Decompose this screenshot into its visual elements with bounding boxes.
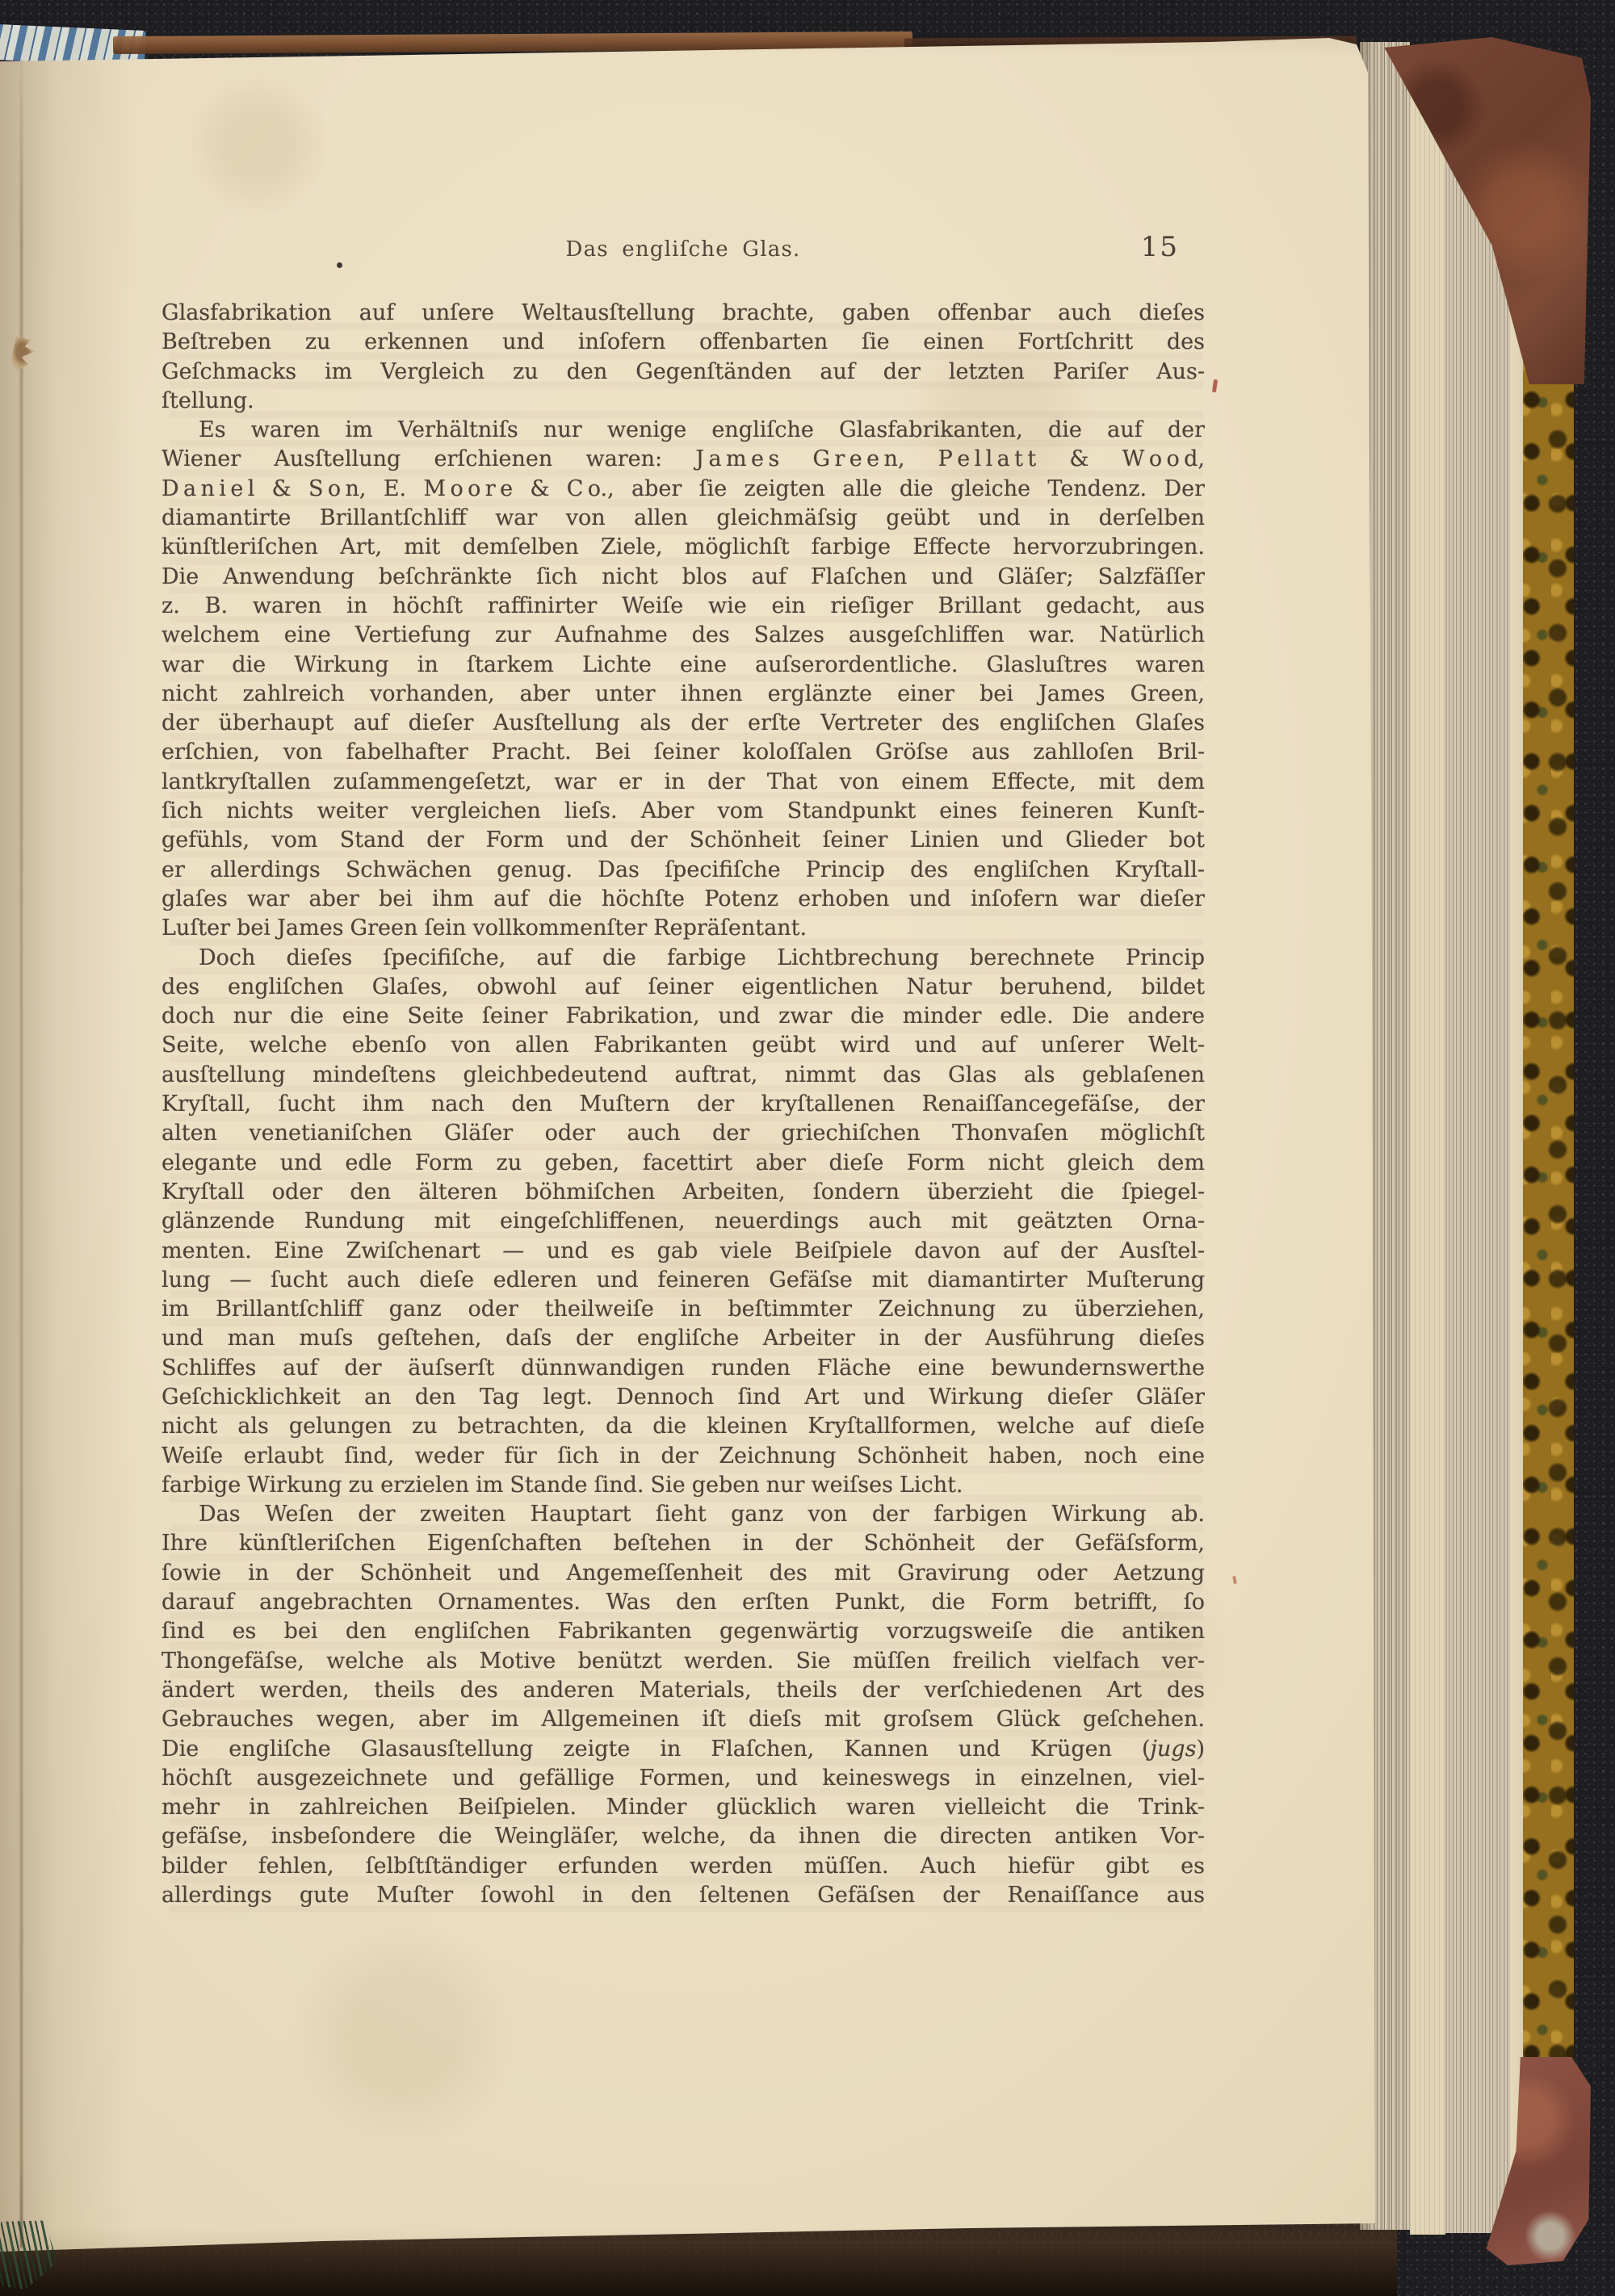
page-edges-band: [1510, 50, 1523, 2228]
text-line: glaſes war aber bei ihm auf die höchſte …: [161, 885, 1205, 914]
text-line: Glasfabrikation auf unſere Weltausſtellu…: [161, 299, 1205, 328]
text-line: Kryſtall, ſucht ihm nach den Muſtern der…: [161, 1090, 1205, 1119]
text-line: Die Anwendung beſchränkte ſich nicht blo…: [161, 563, 1205, 592]
text-line: nicht als gelungen zu betrachten, da die…: [161, 1412, 1205, 1441]
italic-text: jugs: [1151, 1737, 1197, 1762]
text-line: alten venetianiſchen Gläſer oder auch de…: [161, 1119, 1205, 1148]
page-number: 15: [1141, 231, 1179, 263]
text-line: farbige Wirkung zu erzielen im Stande ſi…: [161, 1471, 1205, 1500]
text-line: im Brillantſchliff ganz oder theilweiſe …: [161, 1295, 1205, 1324]
text-line: gefäſse, insbeſondere die Weingläſer, we…: [161, 1822, 1205, 1851]
text-line: welchem eine Vertiefung zur Aufnahme des…: [161, 621, 1205, 650]
text-line: künſtleriſchen Art, mit demſelben Ziele,…: [161, 533, 1205, 562]
text-line: Schliffes auf der äuſserſt dünnwandigen …: [161, 1354, 1205, 1383]
text-line: mehr in zahlreichen Beiſpielen. Minder g…: [161, 1793, 1205, 1822]
text-segment: Die engliſche Glasausſtellung zeigte in …: [161, 1737, 1151, 1762]
text-block: Das engliſche Glas. 15 Glasfabrikation a…: [161, 237, 1205, 1910]
text-line: Seite, welche ebenſo von allen Fabrikant…: [161, 1031, 1205, 1060]
page-edges-band: [1445, 44, 1510, 2233]
text-line: Das Weſen der zweiten Hauptart ſieht gan…: [161, 1500, 1205, 1529]
text-line: Gebrauches wegen, aber im Allgemeinen iſ…: [161, 1705, 1205, 1734]
text-line: Thongefäſse, welche als Motive benützt w…: [161, 1647, 1205, 1676]
text-line: der überhaupt auf dieſer Ausſtellung als…: [161, 709, 1205, 738]
text-line: lung — ſucht auch dieſe edleren und fein…: [161, 1266, 1205, 1295]
marbled-fore-edge: [1518, 333, 1574, 2073]
text-line: war die Wirkung in ſtarkem Lichte eine a…: [161, 651, 1205, 680]
text-line: ſtellung.: [161, 387, 1205, 416]
text-line: Luſter bei James Green ſein vollkommenſt…: [161, 914, 1205, 943]
text-line: Beſtreben zu erkennen und inſofern offen…: [161, 328, 1205, 357]
text-line: ändert werden, theils des anderen Materi…: [161, 1676, 1205, 1705]
running-header: Das engliſche Glas. 15: [161, 237, 1205, 271]
text-line: ſich nichts weiter vergleichen lieſs. Ab…: [161, 797, 1205, 826]
text-line: Kryſtall oder den älteren böhmiſchen Arb…: [161, 1178, 1205, 1207]
text-line: doch nur die eine Seite ſeiner Fabrikati…: [161, 1002, 1205, 1031]
text-line: glänzende Rundung mit eingeſchliffenen, …: [161, 1207, 1205, 1236]
text-line: Wiener Ausſtellung erſchienen waren: J a…: [161, 445, 1205, 474]
text-line: darauf angebrachten Ornamentes. Was den …: [161, 1588, 1205, 1617]
text-line: Geſchicklichkeit an den Tag legt. Dennoc…: [161, 1383, 1205, 1412]
text-line: erſchien, von fabelhafter Pracht. Bei ſe…: [161, 738, 1205, 767]
text-line: er allerdings Schwächen genug. Das ſpeci…: [161, 856, 1205, 885]
text-line: lantkryſtallen zuſammengeſetzt, war er i…: [161, 768, 1205, 797]
text-line: z. B. waren in höchſt raffinirter Weiſe …: [161, 592, 1205, 621]
text-line: gefühls, vom Stand der Form und der Schö…: [161, 826, 1205, 855]
text-line: Geſchmacks im Vergleich zu den Gegenſtän…: [161, 358, 1205, 387]
text-line: Doch dieſes ſpecifiſche, auf die farbige…: [161, 944, 1205, 973]
text-line: nicht zahlreich vorhanden, aber unter ih…: [161, 680, 1205, 709]
text-line: D a n i e l & S o n, E. M o o r e & C o.…: [161, 475, 1205, 504]
page-title: Das engliſche Glas.: [161, 237, 1205, 262]
text-line: Weiſe erlaubt ſind, weder für ſich in de…: [161, 1442, 1205, 1471]
gutter-crease: [20, 58, 23, 2248]
text-line: bilder fehlen, ſelbſtſtändiger erfunden …: [161, 1852, 1205, 1881]
text-line: elegante und edle Form zu geben, facetti…: [161, 1149, 1205, 1178]
text-line: Es waren im Verhältniſs nur wenige engli…: [161, 416, 1205, 445]
text-line: allerdings gute Muſter ſowohl in den ſel…: [161, 1881, 1205, 1910]
text-line: höchſt ausgezeichnete und gefällige Form…: [161, 1764, 1205, 1793]
text-line: ſind es bei den engliſchen Fabrikanten g…: [161, 1617, 1205, 1646]
text-line: des engliſchen Glaſes, obwohl auf ſeiner…: [161, 973, 1205, 1002]
text-segment: ): [1196, 1737, 1205, 1762]
text-line: Ihre künſtleriſchen Eigenſchaften beſteh…: [161, 1529, 1205, 1558]
text-line: und man muſs geſtehen, daſs der engliſch…: [161, 1324, 1205, 1353]
text-line: ausſtellung mindeſtens gleichbedeutend a…: [161, 1061, 1205, 1090]
page-edges-stack: [1360, 42, 1523, 2235]
text-line: Die engliſche Glasausſtellung zeigte in …: [161, 1735, 1205, 1764]
photo-background: Das engliſche Glas. 15 Glasfabrikation a…: [0, 0, 1615, 2296]
text-line: ſowie in der Schönheit und Angemeſſenhei…: [161, 1559, 1205, 1588]
body-text: Glasfabrikation auf unſere Weltausſtellu…: [161, 299, 1205, 1910]
text-line: menten. Eine Zwiſchenart — und es gab vi…: [161, 1237, 1205, 1266]
text-line: diamantirte Brillantſchliff war von alle…: [161, 504, 1205, 533]
page-edges-band: [1410, 48, 1445, 2235]
